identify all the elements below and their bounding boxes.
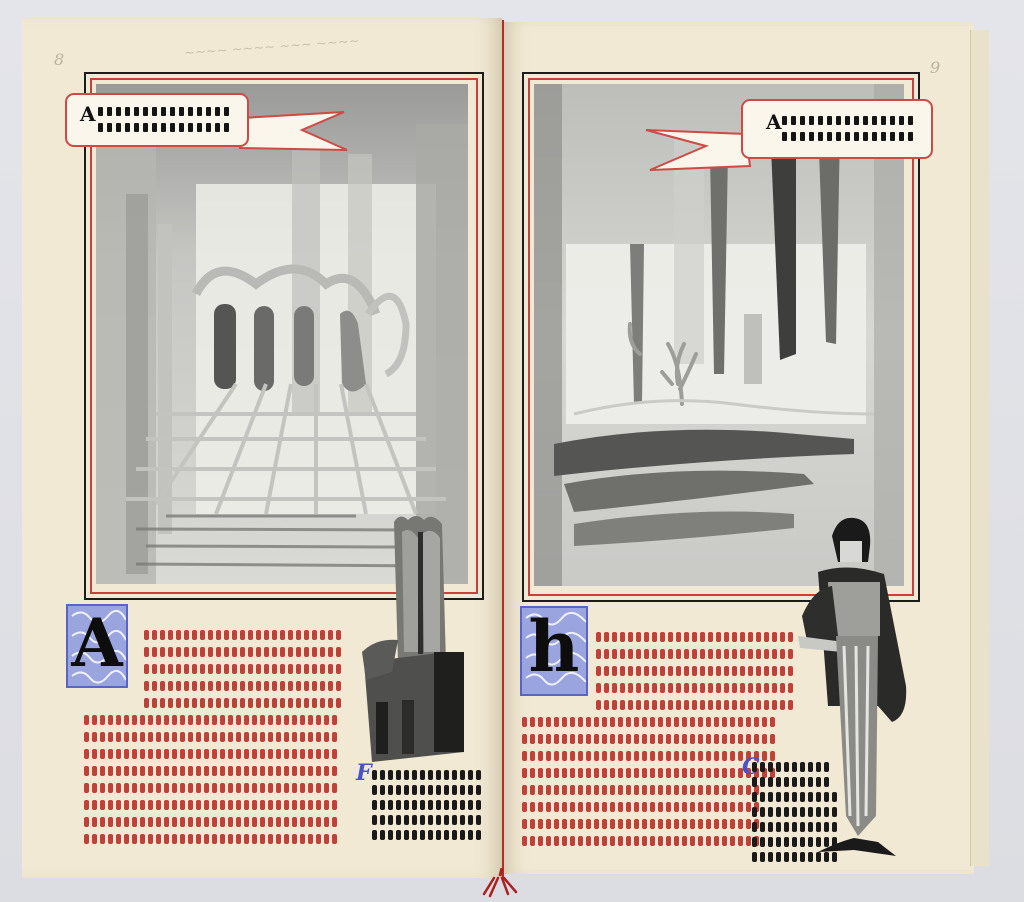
scroll-banner-left: A: [62, 90, 352, 160]
body-text-left-top: [144, 630, 341, 708]
body-text-right-top: [596, 632, 793, 710]
banner-initial: A: [80, 104, 96, 124]
caption-text-left: [372, 770, 481, 840]
illuminated-initial-left: A: [66, 604, 128, 688]
initial-letter: h: [522, 612, 586, 682]
binding-thread: [502, 20, 504, 878]
banner-text: [98, 107, 229, 132]
scroll-banner-right: A: [642, 94, 938, 174]
left-page: 8 ~~~~ ~~~~ ~~~ ~~~~: [22, 18, 502, 878]
banner-initial: A: [766, 112, 782, 132]
initial-letter: A: [68, 610, 126, 676]
page-number-right: 9: [930, 58, 940, 77]
bookmark-ribbon-icon[interactable]: [472, 868, 522, 898]
caption-text-right: [752, 762, 837, 862]
illuminated-initial-right: h: [520, 606, 588, 696]
page-stack-edge: [970, 30, 989, 866]
caption-initial-left: F: [356, 762, 372, 784]
throne-chair-illustration: [352, 512, 472, 772]
page-number-left: 8: [54, 50, 64, 69]
banner-text: [782, 116, 913, 141]
body-text-left-bottom: [84, 715, 337, 844]
right-page: 9: [502, 22, 974, 874]
body-text-right-bottom: [522, 717, 775, 846]
pencil-note: ~~~~ ~~~~ ~~~ ~~~~: [184, 34, 360, 61]
